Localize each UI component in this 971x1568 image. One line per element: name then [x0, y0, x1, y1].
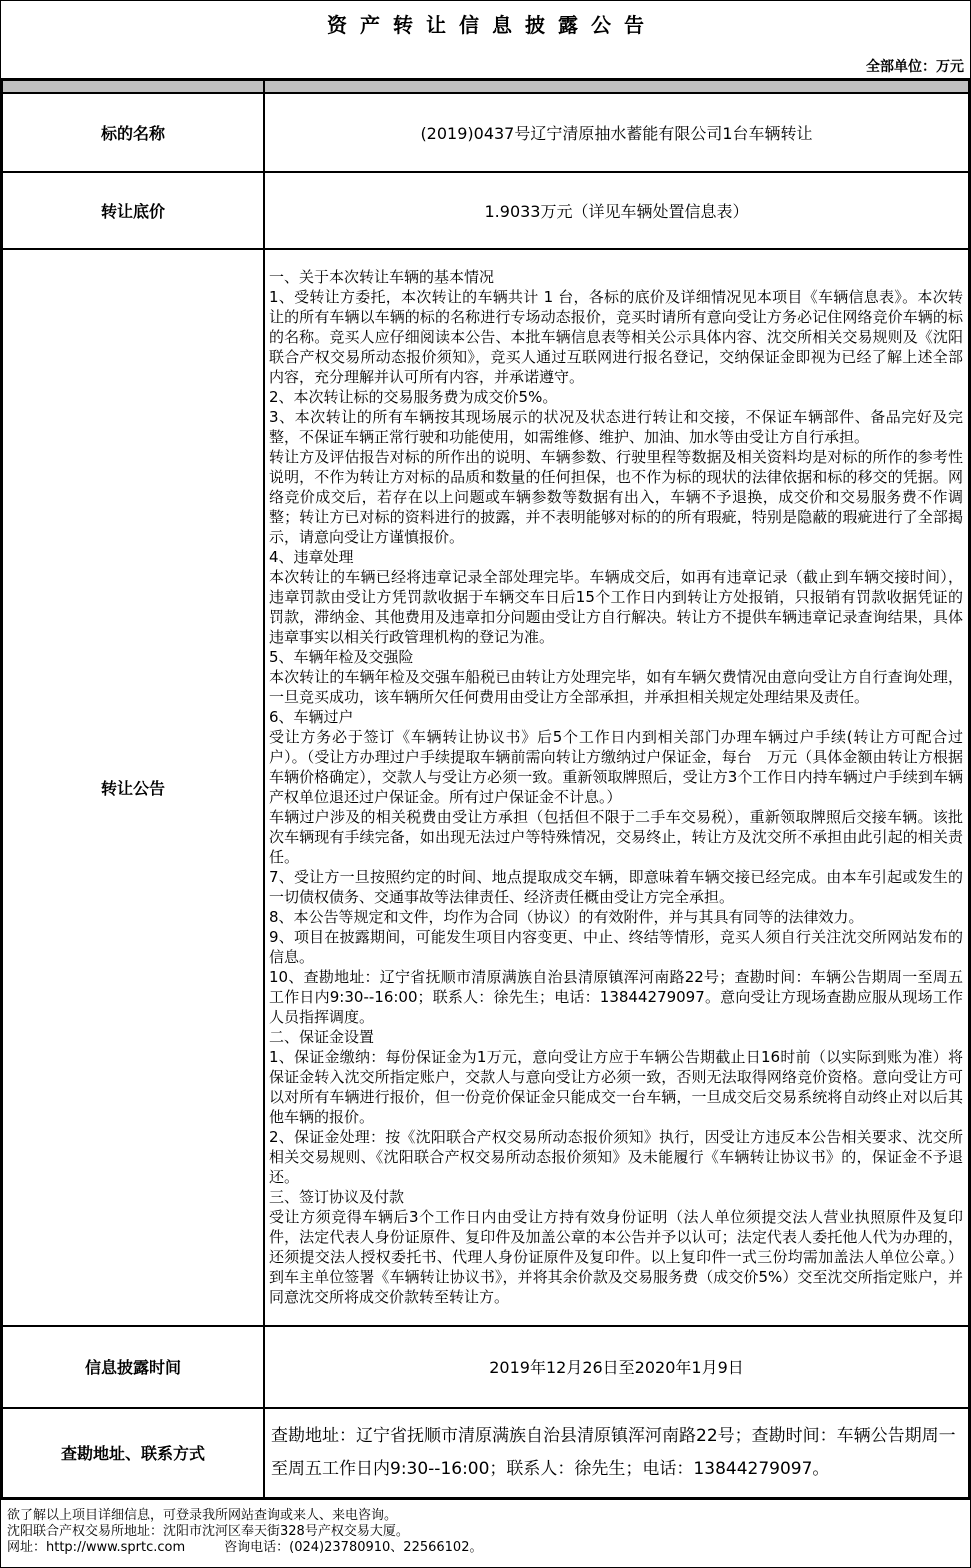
contact-value: 查勘地址：辽宁省抚顺市清原满族自治县清原镇浑河南路22号；查勘时间：车辆公告期周… — [264, 1408, 969, 1499]
announcement-paragraph: 7、受让方一旦按照约定的时间、地点提取成交车辆，即意味着车辆交接已经完成。由本车… — [269, 867, 963, 907]
announcement-paragraph: 车辆过户涉及的相关税费由受让方承担（包括但不限于二手车交易税），重新领取牌照后交… — [269, 807, 963, 867]
contact-label: 查勘地址、联系方式 — [2, 1408, 264, 1499]
gray-band-row — [2, 80, 969, 93]
announcement-paragraph: 5、车辆年检及交强险 — [269, 647, 963, 667]
announcement-paragraph: 本次转让的车辆年检及交强车船税已由转让方处理完毕，如有车辆欠费情况由意向受让方自… — [269, 667, 963, 707]
announcement-paragraph: 8、本公告等规定和文件，均作为合同（协议）的有效附件，并与其具有同等的法律效力。 — [269, 907, 963, 927]
announcement-paragraph: 受让方须竞得车辆后3个工作日内由受让方持有效身份证明（法人单位须提交法人营业执照… — [269, 1207, 963, 1307]
announcement-paragraph: 本次转让的车辆已经将违章记录全部处理完毕。车辆成交后，如再有违章记录（截止到车辆… — [269, 567, 963, 647]
gray-band-label-cell — [2, 80, 264, 93]
price-label: 转让底价 — [2, 172, 264, 249]
announcement-paragraph: 三、签订协议及付款 — [269, 1187, 963, 1207]
announcement-paragraph: 受让方务必于签订《车辆转让协议书》后5个工作日内到相关部门办理车辆过户手续(转让… — [269, 727, 963, 807]
announcement-paragraph: 6、车辆过户 — [269, 707, 963, 727]
announcement-paragraph: 10、查勘地址：辽宁省抚顺市清原满族自治县清原镇浑河南路22号；查勘时间：车辆公… — [269, 967, 963, 1027]
period-label: 信息披露时间 — [2, 1326, 264, 1408]
announcement-body: 一、关于本次转让车辆的基本情况1、受转让方委托，本次转让的车辆共计 1 台，各标… — [269, 267, 963, 1307]
table-row-announcement: 转让公告 一、关于本次转让车辆的基本情况1、受转让方委托，本次转让的车辆共计 1… — [2, 249, 969, 1326]
subject-label: 标的名称 — [2, 93, 264, 172]
announcement-paragraph: 3、本次转让的所有车辆按其现场展示的状况及状态进行转让和交接，不保证车辆部件、备… — [269, 407, 963, 447]
table-row-price: 转让底价 1.9033万元（详见车辆处置信息表） — [2, 172, 969, 249]
price-value: 1.9033万元（详见车辆处置信息表） — [264, 172, 969, 249]
disclosure-table: 标的名称 (2019)0437号辽宁清原抽水蓄能有限公司1台车辆转让 转让底价 … — [1, 78, 970, 1500]
unit-note: 全部单位：万元 — [866, 56, 964, 76]
announcement-paragraph: 二、保证金设置 — [269, 1027, 963, 1047]
footer-line: 欲了解以上项目详细信息，可登录我所网站查询或来人、来电咨询。 — [7, 1508, 970, 1524]
page-title: 资产转让信息披露公告 — [1, 1, 970, 38]
period-value: 2019年12月26日至2020年1月9日 — [264, 1326, 969, 1408]
announcement-paragraph: 转让方及评估报告对标的所作出的说明、车辆参数、行驶里程等数据及相关资料均是对标的… — [269, 447, 963, 547]
document-footer: 欲了解以上项目详细信息，可登录我所网站查询或来人、来电咨询。沈阳联合产权交易所地… — [1, 1500, 970, 1556]
announcement-paragraph: 2、保证金处理：按《沈阳联合产权交易所动态报价须知》执行，因受让方违反本公告相关… — [269, 1127, 963, 1187]
announcement-page: 资产转让信息披露公告 全部单位：万元 标的名称 (2019)0437号辽宁清原抽… — [0, 0, 971, 1568]
announcement-paragraph: 4、违章处理 — [269, 547, 963, 567]
announcement-label: 转让公告 — [2, 249, 264, 1326]
table-row-disclosure-period: 信息披露时间 2019年12月26日至2020年1月9日 — [2, 1326, 969, 1408]
table-row-subject: 标的名称 (2019)0437号辽宁清原抽水蓄能有限公司1台车辆转让 — [2, 93, 969, 172]
gray-band-value-cell — [264, 80, 969, 93]
footer-line: 沈阳联合产权交易所地址：沈阳市沈河区奉天街328号产权交易大厦。 — [7, 1524, 970, 1540]
table-row-contact: 查勘地址、联系方式 查勘地址：辽宁省抚顺市清原满族自治县清原镇浑河南路22号；查… — [2, 1408, 969, 1499]
document-header: 资产转让信息披露公告 全部单位：万元 — [1, 1, 970, 78]
announcement-paragraph: 1、保证金缴纳：每份保证金为1万元，意向受让方应于车辆公告期截止日16时前（以实… — [269, 1047, 963, 1127]
subject-value: (2019)0437号辽宁清原抽水蓄能有限公司1台车辆转让 — [264, 93, 969, 172]
announcement-paragraph: 9、项目在披露期间，可能发生项目内容变更、中止、终结等情形，竞买人须自行关注沈交… — [269, 927, 963, 967]
announcement-paragraph: 1、受转让方委托，本次转让的车辆共计 1 台，各标的底价及详细情况见本项目《车辆… — [269, 287, 963, 387]
footer-line: 网址：http://www.sprtc.com 咨询电话：(024)237809… — [7, 1540, 970, 1556]
announcement-value-cell: 一、关于本次转让车辆的基本情况1、受转让方委托，本次转让的车辆共计 1 台，各标… — [264, 249, 969, 1326]
announcement-paragraph: 2、本次转让标的交易服务费为成交价5%。 — [269, 387, 963, 407]
announcement-paragraph: 一、关于本次转让车辆的基本情况 — [269, 267, 963, 287]
